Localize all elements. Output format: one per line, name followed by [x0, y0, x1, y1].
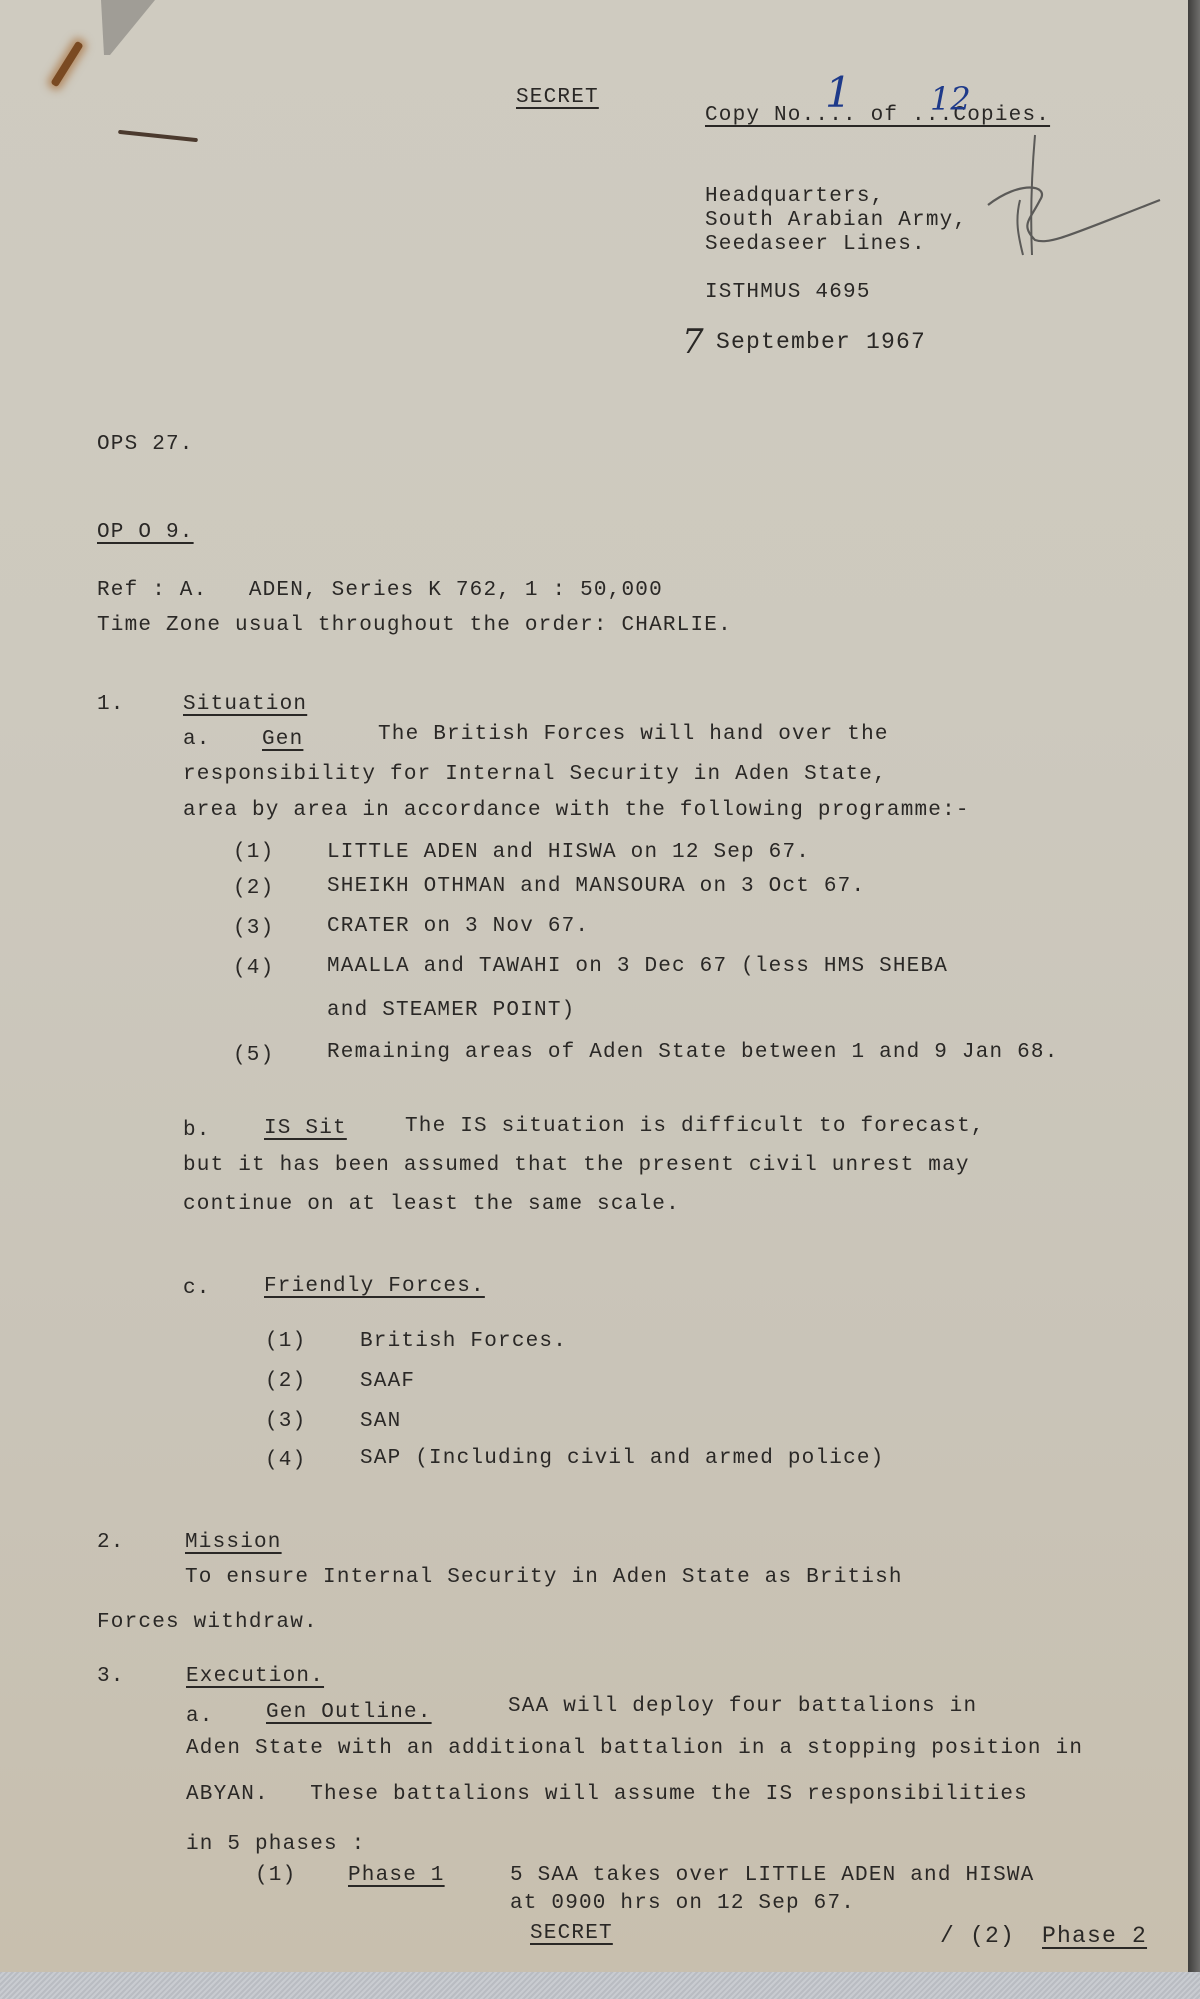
para-1b-line-1: The IS situation is difficult to forecas… — [405, 1114, 985, 1140]
phase-1-label: Phase 1 — [348, 1863, 445, 1889]
para-1a-label: a. — [183, 727, 211, 753]
continuation-label: Phase 2 — [1042, 1923, 1147, 1949]
document-page — [0, 0, 1188, 1972]
copy-number-handwritten: 1 — [825, 68, 852, 117]
para-3a-line-4: in 5 phases : — [186, 1832, 365, 1858]
map-reference: Ref : A. ADEN, Series K 762, 1 : 50,000 — [97, 578, 663, 604]
date-day-handwritten: 7 — [682, 322, 704, 362]
friendly-3-text: SAN — [360, 1409, 401, 1435]
para-3a-line-3: ABYAN. These battalions will assume the … — [186, 1782, 1028, 1808]
para-1c-heading: Friendly Forces. — [264, 1274, 485, 1300]
para-3a-heading: Gen Outline. — [266, 1700, 432, 1726]
friendly-2-num: (2) — [265, 1369, 306, 1395]
section-2-number: 2. — [97, 1530, 125, 1556]
programme-3-text: CRATER on 3 Nov 67. — [327, 914, 589, 940]
para-1a-line-1: The British Forces will hand over the — [378, 722, 889, 748]
section-3-title: Execution. — [186, 1664, 324, 1690]
section-1-title: Situation — [183, 692, 307, 718]
address-line-3: Seedaseer Lines. — [705, 232, 926, 258]
para-1a-line-2: responsibility for Internal Security in … — [183, 762, 887, 788]
continuation-marker: / (2) — [940, 1923, 1015, 1949]
programme-4-num: (4) — [233, 956, 274, 982]
section-1-number: 1. — [97, 692, 125, 718]
mission-line-1: To ensure Internal Security in Aden Stat… — [185, 1565, 903, 1591]
programme-2-num: (2) — [233, 876, 274, 902]
para-1b-line-3: continue on at least the same scale. — [183, 1192, 680, 1218]
mission-line-2: Forces withdraw. — [97, 1610, 318, 1636]
para-3a-line-1: SAA will deploy four battalions in — [508, 1694, 977, 1720]
pencil-initials — [960, 130, 1180, 260]
programme-4-text: MAALLA and TAWAHI on 3 Dec 67 (less HMS … — [327, 954, 948, 980]
friendly-1-text: British Forces. — [360, 1329, 567, 1355]
phase-1-line-2: at 0900 hrs on 12 Sep 67. — [510, 1891, 855, 1917]
friendly-3-num: (3) — [265, 1409, 306, 1435]
para-1b-line-2: but it has been assumed that the present… — [183, 1153, 970, 1179]
friendly-4-num: (4) — [265, 1448, 306, 1474]
friendly-1-num: (1) — [265, 1329, 306, 1355]
para-1c-label: c. — [183, 1276, 211, 1302]
background-fabric — [0, 1972, 1200, 1999]
copy-line: Copy No.... of ...Copies. — [705, 103, 1050, 129]
section-3-number: 3. — [97, 1664, 125, 1690]
programme-1-text: LITTLE ADEN and HISWA on 12 Sep 67. — [327, 840, 810, 866]
page-edge — [1188, 0, 1200, 1972]
date-text: September 1967 — [716, 329, 926, 355]
section-2-title: Mission — [185, 1530, 282, 1556]
time-zone: Time Zone usual throughout the order: CH… — [97, 613, 732, 639]
para-1a-line-3: area by area in accordance with the foll… — [183, 798, 970, 824]
programme-4-cont: and STEAMER POINT) — [327, 998, 575, 1024]
ops-number: OPS 27. — [97, 432, 194, 458]
para-1a-heading: Gen — [262, 727, 303, 753]
programme-1-num: (1) — [233, 840, 274, 866]
phase-1-num: (1) — [255, 1863, 296, 1889]
telegraphic-address: ISTHMUS 4695 — [705, 280, 871, 306]
friendly-4-text: SAP (Including civil and armed police) — [360, 1446, 884, 1472]
programme-5-text: Remaining areas of Aden State between 1 … — [327, 1040, 1059, 1066]
address-line-2: South Arabian Army, — [705, 208, 967, 234]
classification-bottom: SECRET — [530, 1921, 613, 1947]
phase-1-line-1: 5 SAA takes over LITTLE ADEN and HISWA — [510, 1863, 1034, 1889]
classification-top: SECRET — [516, 85, 599, 111]
para-1b-heading: IS Sit — [264, 1116, 347, 1142]
order-number: OP O 9. — [97, 520, 194, 546]
programme-5-num: (5) — [233, 1043, 274, 1069]
copies-count-handwritten: 12 — [930, 80, 971, 118]
para-3a-line-2: Aden State with an additional battalion … — [186, 1736, 1083, 1762]
para-3a-label: a. — [186, 1704, 214, 1730]
programme-3-num: (3) — [233, 916, 274, 942]
friendly-2-text: SAAF — [360, 1369, 415, 1395]
address-line-1: Headquarters, — [705, 184, 884, 210]
para-1b-label: b. — [183, 1118, 211, 1144]
programme-2-text: SHEIKH OTHMAN and MANSOURA on 3 Oct 67. — [327, 874, 865, 900]
